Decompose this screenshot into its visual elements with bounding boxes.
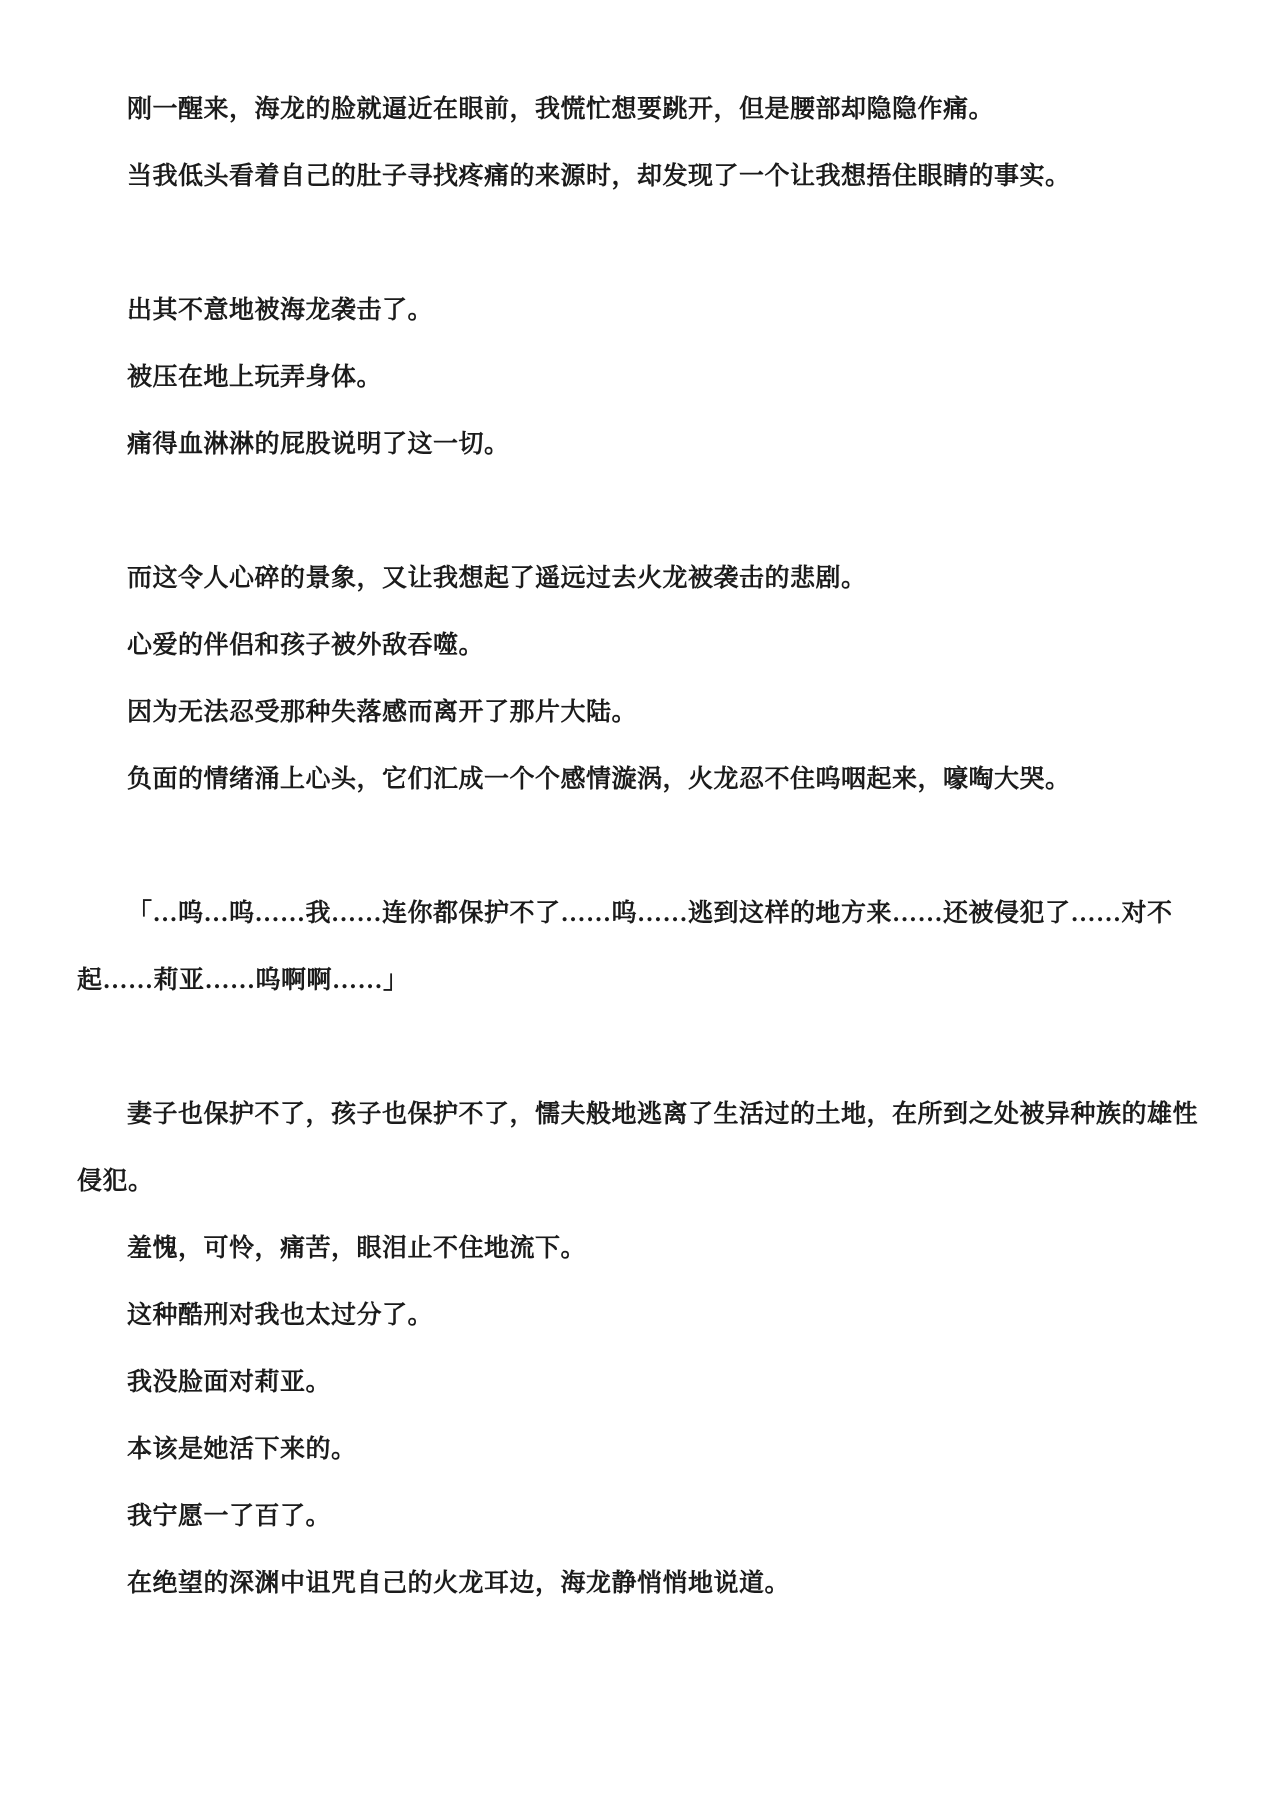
text-line: 出其不意地被海龙袭击了。 [77,277,1242,344]
blank-line [77,210,1242,277]
text-line: 妻子也保护不了，孩子也保护不了，懦夫般地逃离了生活过的土地，在所到之处被异种族的… [77,1081,1242,1148]
blank-line [77,813,1242,880]
text-line: 被压在地上玩弄身体。 [77,344,1242,411]
text-line: 在绝望的深渊中诅咒自己的火龙耳边，海龙静悄悄地说道。 [77,1550,1242,1617]
text-line: 因为无法忍受那种失落感而离开了那片大陆。 [77,679,1242,746]
text-line: 而这令人心碎的景象，又让我想起了遥远过去火龙被袭击的悲剧。 [77,545,1242,612]
blank-line [77,478,1242,545]
text-line: 起……莉亚……呜啊啊……」 [77,947,1242,1014]
text-line: 当我低头看着自己的肚子寻找疼痛的来源时，却发现了一个让我想捂住眼睛的事实。 [77,143,1242,210]
text-line: 这种酷刑对我也太过分了。 [77,1282,1242,1349]
text-line: 痛得血淋淋的屁股说明了这一切。 [77,411,1242,478]
text-line: 本该是她活下来的。 [77,1416,1242,1483]
document-page: 刚一醒来，海龙的脸就逼近在眼前，我慌忙想要跳开，但是腰部却隐隐作痛。当我低头看着… [0,0,1280,1810]
text-line: 心爱的伴侣和孩子被外敌吞噬。 [77,612,1242,679]
text-line: 侵犯。 [77,1148,1242,1215]
blank-line [77,1014,1242,1081]
text-column: 刚一醒来，海龙的脸就逼近在眼前，我慌忙想要跳开，但是腰部却隐隐作痛。当我低头看着… [0,0,1280,1617]
text-line: 羞愧，可怜，痛苦，眼泪止不住地流下。 [77,1215,1242,1282]
text-line: 「…呜…呜……我……连你都保护不了……呜……逃到这样的地方来……还被侵犯了……对… [77,880,1242,947]
text-line: 刚一醒来，海龙的脸就逼近在眼前，我慌忙想要跳开，但是腰部却隐隐作痛。 [77,76,1242,143]
text-line: 我宁愿一了百了。 [77,1483,1242,1550]
text-line: 我没脸面对莉亚。 [77,1349,1242,1416]
text-line: 负面的情绪涌上心头，它们汇成一个个感情漩涡，火龙忍不住呜咽起来，嚎啕大哭。 [77,746,1242,813]
